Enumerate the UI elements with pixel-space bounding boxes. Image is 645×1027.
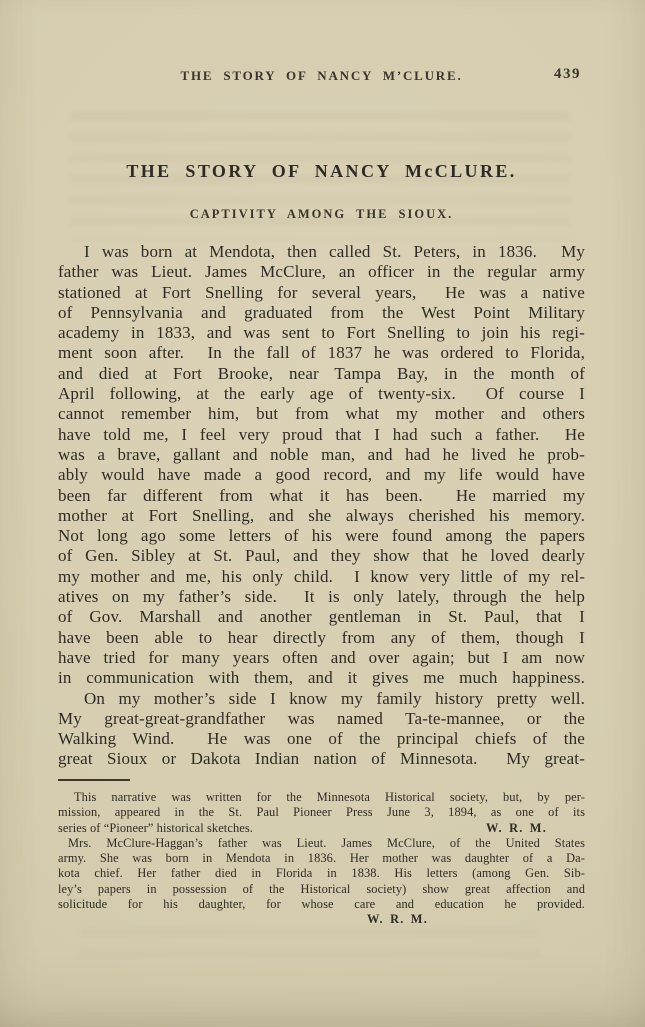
text-line: have been able to hear directly from any… — [58, 628, 585, 648]
footnote-line: kota chief. Her father died in Florida i… — [58, 866, 585, 881]
footnote-line: ley’s papers in possession of the Histor… — [58, 882, 585, 897]
footnote-2: Mrs. McClure-Haggan’s father was Lieut. … — [58, 836, 585, 912]
article-subtitle: CAPTIVITY AMONG THE SIOUX. — [58, 207, 585, 222]
footnote-line: Mrs. McClure-Haggan’s father was Lieut. … — [58, 836, 585, 851]
footnote-line: solicitude for his daughter, for whose c… — [58, 897, 585, 912]
scanned-book-page: THE STORY OF NANCY M’CLURE. 439 THE STOR… — [0, 0, 645, 1027]
text-line: of Gov. Marshall and another gentleman i… — [58, 607, 585, 627]
footnote-1: This narrative was written for the Minne… — [58, 790, 585, 821]
text-line: I was born at Mendota, then called St. P… — [58, 242, 585, 262]
text-line: ably would have made a good record, and … — [58, 465, 585, 485]
text-line: On my mother’s side I know my family his… — [58, 689, 585, 709]
body-paragraph-2: On my mother’s side I know my family his… — [58, 689, 585, 770]
text-line: mother at Fort Snelling, and she always … — [58, 506, 585, 526]
page-show-through-texture — [80, 928, 540, 970]
text-line: academy in 1833, and was sent to Fort Sn… — [58, 323, 585, 343]
footnote-1-text: series of “Pioneer” historical sketches. — [58, 821, 253, 836]
running-head: THE STORY OF NANCY M’CLURE. — [58, 68, 585, 84]
footnote-line: army. She was born in Mendota in 1836. H… — [58, 851, 585, 866]
body-paragraph-1: I was born at Mendota, then called St. P… — [58, 242, 585, 689]
text-line: cannot remember him, but from what my mo… — [58, 404, 585, 424]
text-line: was a brave, gallant and noble man, and … — [58, 445, 585, 465]
text-line: my mother and me, his only child. I know… — [58, 567, 585, 587]
text-line: April following, at the early age of twe… — [58, 384, 585, 404]
footnote-2-signature: W. R. M. — [58, 912, 585, 927]
footnote-line: This narrative was written for the Minne… — [58, 790, 585, 805]
text-line: ment soon after. In the fall of 1837 he … — [58, 343, 585, 363]
text-line: of Gen. Sibley at St. Paul, and they sho… — [58, 546, 585, 566]
footnote-section: This narrative was written for the Minne… — [58, 790, 585, 928]
footnote-1-last-line: series of “Pioneer” historical sketches.… — [58, 821, 585, 836]
text-line: been far different from what it has been… — [58, 486, 585, 506]
text-line: father was Lieut. James McClure, an offi… — [58, 262, 585, 282]
page-number: 439 — [554, 66, 581, 83]
article-title: THE STORY OF NANCY McCLURE. — [58, 161, 585, 182]
footnote-separator-rule — [58, 779, 130, 781]
text-line: have told me, I feel very proud that I h… — [58, 425, 585, 445]
text-line: stationed at Fort Snelling for several y… — [58, 283, 585, 303]
text-line: atives on my father’s side. It is only l… — [58, 587, 585, 607]
text-line: Walking Wind. He was one of the principa… — [58, 729, 585, 749]
text-line: have tried for many years often and over… — [58, 648, 585, 668]
footnote-1-signature: W. R. M. — [486, 821, 585, 836]
text-line: in communication with them, and it gives… — [58, 668, 585, 688]
article-body: I was born at Mendota, then called St. P… — [58, 242, 585, 770]
text-line: of Pennsylvania and graduated from the W… — [58, 303, 585, 323]
text-line: great Sioux or Dakota Indian nation of M… — [58, 749, 585, 769]
text-line: My great-great-grandfather was named Ta-… — [58, 709, 585, 729]
text-line: Not long ago some letters of his were fo… — [58, 526, 585, 546]
text-line: and died at Fort Brooke, near Tampa Bay,… — [58, 364, 585, 384]
footnote-line: mission, appeared in the St. Paul Pionee… — [58, 805, 585, 820]
